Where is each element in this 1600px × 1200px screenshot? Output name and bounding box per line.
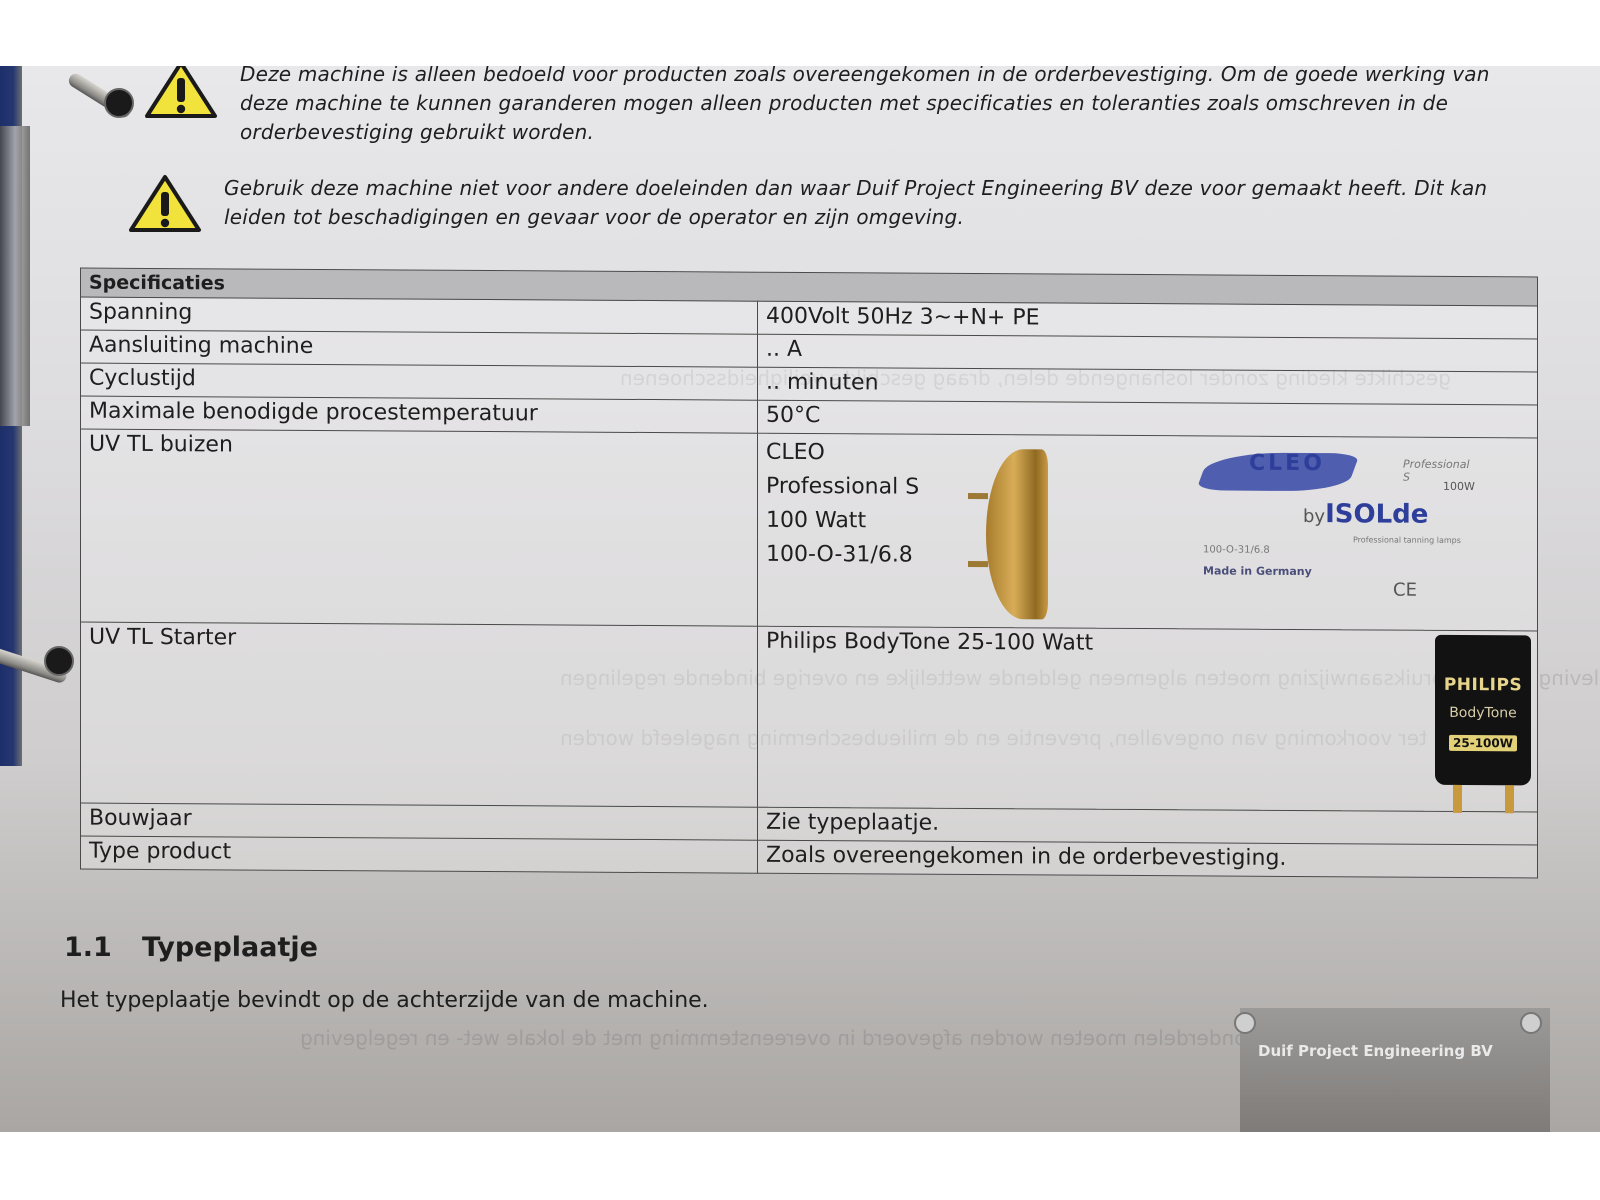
starter-body: PHILIPS BodyTone 25-100W <box>1435 635 1531 786</box>
uv-tube-image <box>968 449 1068 620</box>
document-photo: geschikte kleding zonder loshangende del… <box>0 66 1600 1132</box>
maker-subtitle: Professional tanning lamps <box>1353 535 1461 545</box>
isolde-logo: byISOLde <box>1303 499 1428 530</box>
screw-icon <box>1234 1012 1256 1034</box>
warning-triangle-icon <box>144 66 218 120</box>
bleed-through-text: onderdelen moeten worden afgevoerd in ov… <box>300 1026 1247 1050</box>
warning-notice: Gebruik deze machine niet voor andere do… <box>128 174 1504 234</box>
spec-value-uv-starter: Philips BodyTone 25-100 Watt PHILIPS Bod… <box>758 626 1538 812</box>
specifications-table: Specificaties Spanning 400Volt 50Hz 3~+N… <box>80 268 1538 879</box>
tube-end-cap <box>986 449 1048 619</box>
spec-value: 400Volt 50Hz 3~+N+ PE <box>758 301 1538 339</box>
cleo-isolde-label: CLEO Professional S 100W byISOLde Profes… <box>1203 448 1473 610</box>
ce-mark-icon: CE <box>1393 580 1417 601</box>
spec-label: Type product <box>81 836 758 873</box>
starter-wattage-badge: 25-100W <box>1449 735 1517 751</box>
spec-label: UV TL buizen <box>81 429 758 626</box>
tube-code-print: 100-O-31/6.8 <box>1203 544 1270 555</box>
spec-label: Spanning <box>81 297 758 334</box>
table-row: UV TL Starter Philips BodyTone 25-100 Wa… <box>81 622 1538 812</box>
by-label: by <box>1303 506 1325 527</box>
type-plate-company: Duif Project Engineering BV <box>1258 1042 1493 1060</box>
warning-notice: Deze machine is alleen bedoeld voor prod… <box>144 66 1490 147</box>
starter-pin <box>1505 785 1514 813</box>
section-title: Typeplaatje <box>142 932 318 963</box>
spec-value: 50°C <box>758 400 1538 438</box>
cleo-wattage: 100W <box>1443 480 1475 493</box>
starter-line: BodyTone <box>1435 705 1531 722</box>
spec-value: .. minuten <box>758 367 1538 405</box>
warning-text: Gebruik deze machine niet voor andere do… <box>224 174 1504 232</box>
spec-value: .. A <box>758 334 1538 372</box>
punch-hole-bottom <box>44 646 74 676</box>
spec-label: Maximale benodigde procestemperatuur <box>81 396 758 433</box>
starter-value: Philips BodyTone 25-100 Watt <box>766 629 1529 659</box>
spec-value: Zoals overeengekomen in de orderbevestig… <box>758 840 1538 878</box>
warning-text: Deze machine is alleen bedoeld voor prod… <box>240 66 1490 147</box>
type-plate-image: Duif Project Engineering BV <box>1240 1008 1550 1132</box>
warning-triangle-icon <box>128 174 202 234</box>
tube-pin <box>968 493 988 499</box>
table-row: UV TL buizen CLEO Professional S 100 Wat… <box>81 429 1538 631</box>
spec-label: UV TL Starter <box>81 622 758 807</box>
spec-label: Aansluiting machine <box>81 330 758 367</box>
made-in-label: Made in Germany <box>1203 564 1312 578</box>
section-number: 1.1 <box>64 932 142 963</box>
spec-value: Zie typeplaatje. <box>758 807 1538 845</box>
tube-pin <box>968 561 988 567</box>
maker-name: ISOLde <box>1325 499 1428 530</box>
starter-brand: PHILIPS <box>1435 675 1531 696</box>
section-heading: 1.1Typeplaatje <box>64 932 318 963</box>
philips-starter-image: PHILIPS BodyTone 25-100W <box>1435 635 1531 818</box>
spec-value-uv-tubes: CLEO Professional S 100 Watt 100-O-31/6.… <box>758 433 1538 631</box>
starter-pin <box>1453 785 1462 813</box>
punch-hole-top <box>104 88 134 118</box>
screw-icon <box>1520 1012 1542 1034</box>
spec-label: Cyclustijd <box>81 363 758 400</box>
binder-mechanism <box>0 126 30 426</box>
spec-label: Bouwjaar <box>81 803 758 840</box>
section-body: Het typeplaatje bevindt op de achterzijd… <box>60 988 709 1013</box>
cleo-brand: CLEO <box>1249 451 1325 476</box>
